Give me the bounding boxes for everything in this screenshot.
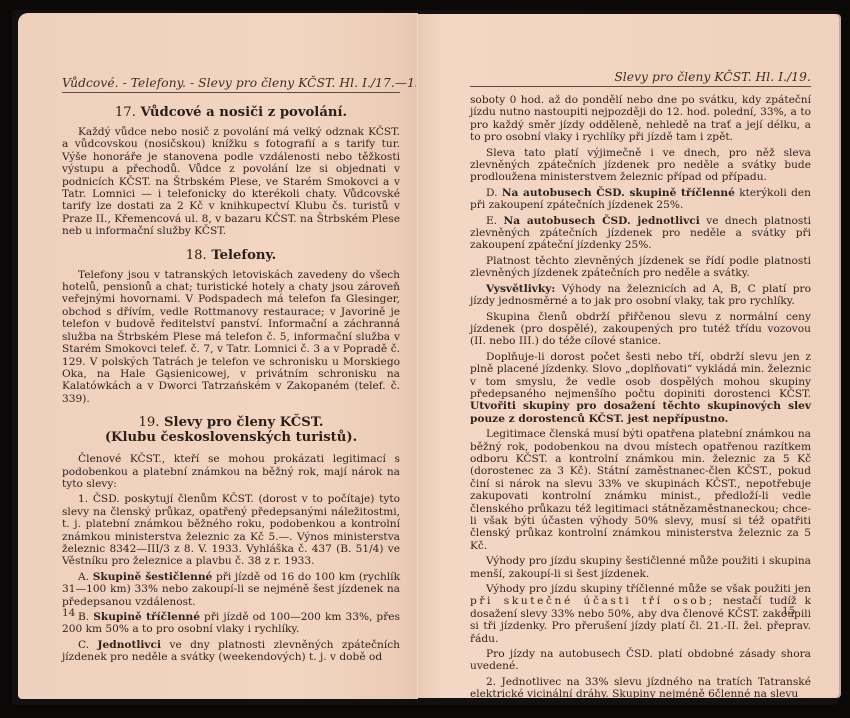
right-page-content: soboty 0 hod. až do pondělí nebo dne po …	[470, 94, 811, 704]
paragraph-group-discount: Skupina členů obdrží přiřčenou slevu z n…	[470, 311, 811, 348]
paragraph-validity: Platnost těchto zlevněných jízdenek se ř…	[470, 255, 811, 280]
page-number-left: 14	[62, 607, 75, 619]
item-e: E. Na autobusech ČSD. jednotlivci ve dne…	[470, 215, 811, 252]
paragraph-membership-card: Legitimace členská musí býti opatřena pl…	[470, 428, 811, 552]
section-18-heading: 18. Telefony.	[62, 248, 400, 263]
running-head-left: Vůdcové. - Telefony. - Slevy pro členy K…	[62, 76, 400, 93]
paragraph-exception: Sleva tato platí výjimečně i ve dnech, p…	[470, 147, 811, 184]
page-number-right: 15	[782, 605, 795, 617]
left-page: Vůdcové. - Telefony. - Slevy pro členy K…	[18, 13, 418, 699]
running-head-right: Slevy pro členy KČST. Hl. I./19.	[470, 70, 811, 87]
section-19-item-a: A. Skupině šestičlenné při jízdě od 16 d…	[62, 571, 400, 608]
section-18-paragraph: Telefony jsou v tatranských letoviskách …	[62, 269, 400, 405]
paragraph-buses: Pro jízdy na autobusech ČSD. platí obdob…	[470, 648, 811, 673]
paragraph-six-member-group: Výhody pro jízdu skupiny šestičlenné můž…	[470, 555, 811, 580]
section-19-item-b: B. Skupině tříčlenné při jízdě od 100—20…	[62, 611, 400, 636]
paragraph-continuation: soboty 0 hod. až do pondělí nebo dne po …	[470, 94, 811, 144]
section-17-paragraph: Každý vůdce nebo nosič z povolání má vel…	[62, 126, 400, 238]
paragraph-explanations: Vysvětlivky: Výhody na železnicích ad A,…	[470, 283, 811, 308]
paragraph-three-member-group: Výhody pro jízdu skupiny tříčlenné může …	[470, 583, 811, 645]
section-19-item-1: 1. ČSD. poskytují členům KČST. (dorost v…	[62, 493, 400, 567]
section-19-intro: Členové KČST., kteří se mohou prokázati …	[62, 453, 400, 490]
section-17-heading: 17. Vůdcové a nosiči z povolání.	[62, 105, 400, 120]
paragraph-youth: Doplňuje-li dorost počet šesti nebo tří,…	[470, 351, 811, 425]
section-19-item-c: C. Jednotlivci ve dny platnosti zlevněný…	[62, 639, 400, 664]
left-page-content: 17. Vůdcové a nosiči z povolání. Každý v…	[62, 99, 400, 667]
paragraph-item-2: 2. Jednotlivec na 33% slevu jízdného na …	[470, 676, 811, 701]
section-19-heading: 19. Slevy pro členy KČST. (Klubu českosl…	[62, 415, 400, 445]
item-d: D. Na autobusech ČSD. skupině tříčlenné …	[470, 187, 811, 212]
section-19-subtitle: (Klubu československých turistů).	[105, 430, 357, 445]
right-page: Slevy pro členy KČST. Hl. I./19. soboty …	[418, 14, 839, 698]
